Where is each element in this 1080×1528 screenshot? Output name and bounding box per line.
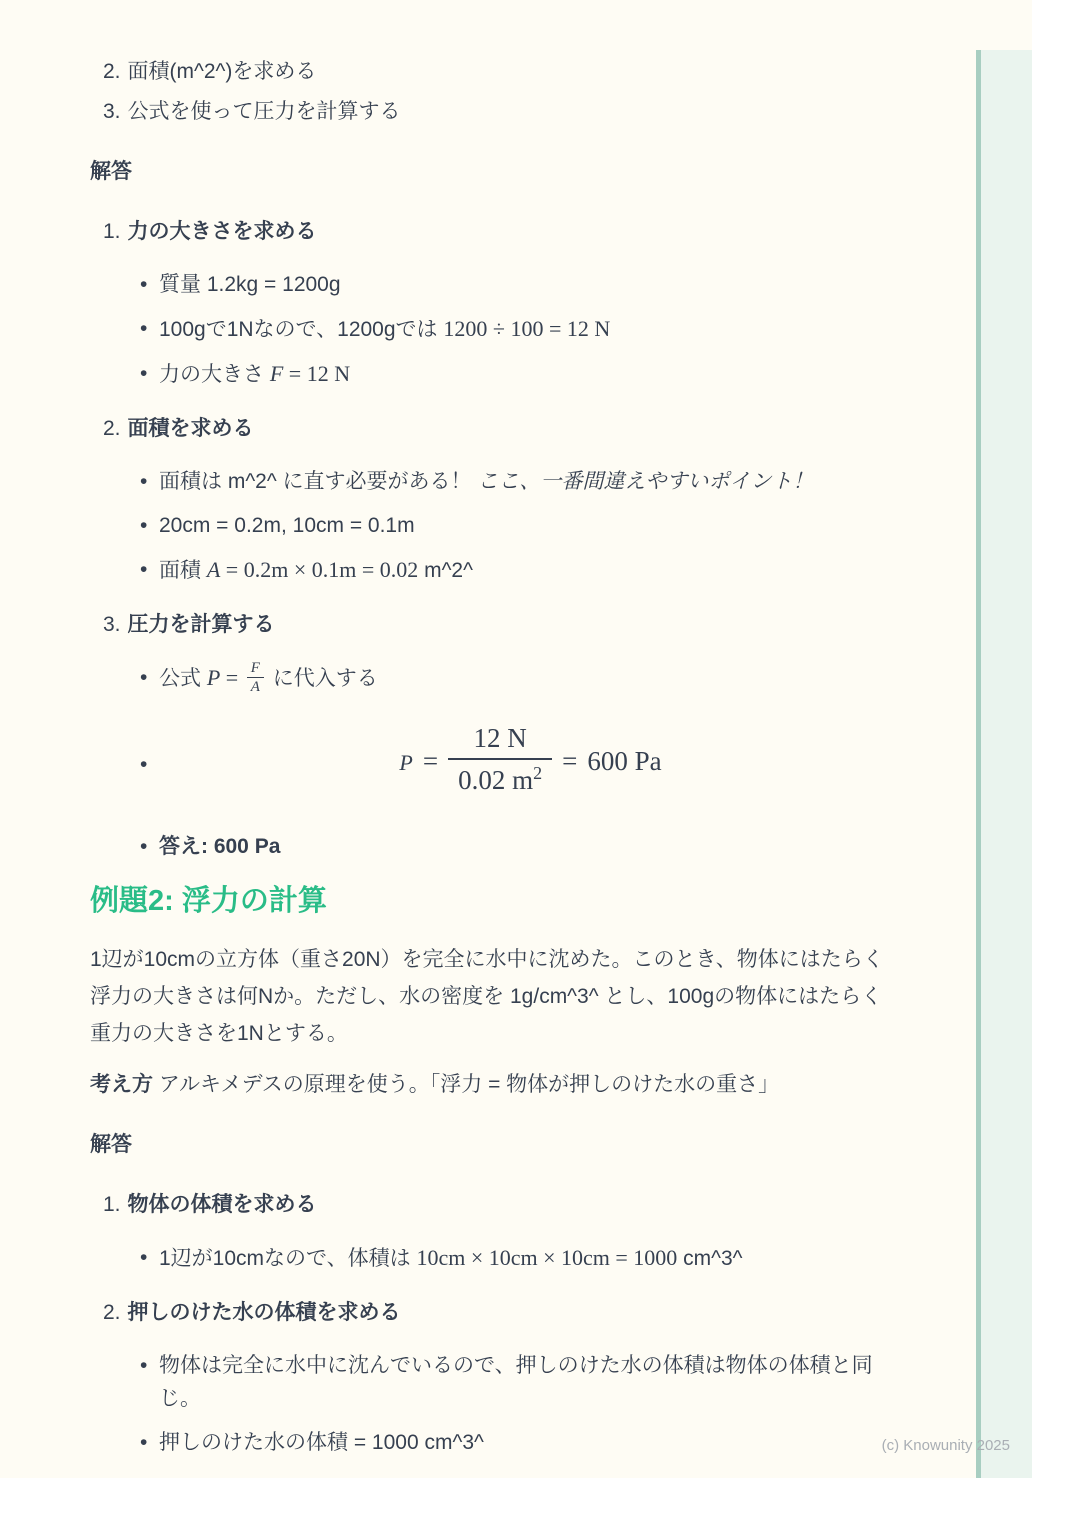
bullet-text: 質量 1.2kg = 1200g [159,273,341,296]
step-item: 3.公式を使って圧力を計算する [103,95,902,128]
document-content: 2.面積(m^2^)を求める 3.公式を使って圧力を計算する 解答 1.力の大き… [90,0,902,1480]
approach-text: アルキメデスの原理を使う。「浮力 = 物体が押しのけた水の重さ」 [153,1073,779,1096]
solution-item: 2.面積を求める 面積は m^2^ に直す必要がある！ ここ、一番間違えやすいポ… [103,412,902,587]
equation-result: 600 Pa [587,746,661,776]
bullet-item: 1辺が10cmなので、体積は 10cm × 10cm × 10cm = 1000… [140,1241,902,1275]
solution-list-1: 1.力の大きさを求める 質量 1.2kg = 1200g 100gで1Nなので、… [103,215,902,863]
approach-label: 考え方 [90,1073,153,1096]
bullet-item: 力の大きさ F = 12 N [140,357,902,391]
inline-math-var: F [270,361,283,386]
problem-paragraph: 1辺が10cmの立方体（重さ20N）を完全に水中に沈めた。このとき、物体にはたら… [90,941,890,1052]
bullet-item: 物体は完全に水中に沈んでいるので、押しのけた水の体積は物体の体積と同じ。 [140,1349,902,1415]
solution-item-title: 物体の体積を求める [128,1193,317,1216]
solution-item-title: 面積を求める [128,417,254,440]
bullet-item-answer: 答え: 600 Pa [140,830,902,863]
bullet-text-emphasis: ここ、一番間違えやすいポイント！ [477,470,813,493]
accent-strip [976,50,1032,1478]
answer-heading: 解答 [90,155,902,188]
step-text: 面積(m^2^)を求める [128,60,317,83]
equation-fraction: 12 N0.02 m2 [448,722,552,798]
bullet-list: 1辺が10cmなので、体積は 10cm × 10cm × 10cm = 1000… [140,1241,902,1275]
solution-item: 2.押しのけた水の体積を求める 物体は完全に水中に沈んでいるので、押しのけた水の… [103,1296,902,1459]
inline-fraction: FA [247,659,264,696]
solution-item-title: 圧力を計算する [128,613,275,636]
inline-math: 10cm × 10cm × 10cm = 1000 [416,1245,677,1270]
bullet-text: 20cm = 0.2m, 10cm = 0.1m [159,514,415,537]
inline-math-var: P [207,665,220,690]
solution-number: 2. [103,1296,121,1329]
solution-item: 1.物体の体積を求める 1辺が10cmなので、体積は 10cm × 10cm ×… [103,1188,902,1275]
solution-item: 3.圧力を計算する 公式 P = FA に代入する P=12 N0.02 m2=… [103,608,902,863]
footer-credit: (c) Knowunity 2025 [0,1437,1010,1454]
bullet-item: 質量 1.2kg = 1200g [140,268,902,301]
step-number: 3. [103,95,121,128]
bullet-text: m^2^ [418,559,473,582]
fraction-denominator: 0.02 m2 [448,760,552,798]
solution-number: 1. [103,215,121,248]
step-number: 2. [103,55,121,88]
denominator-exponent: 2 [533,763,542,783]
approach-line: 考え方 アルキメデスの原理を使う。「浮力 = 物体が押しのけた水の重さ」 [90,1068,902,1101]
bullet-item: 面積は m^2^ に直す必要がある！ ここ、一番間違えやすいポイント！ [140,465,902,498]
denominator-text: 0.02 m [458,765,533,795]
solution-item: 1.力の大きさを求める 質量 1.2kg = 1200g 100gで1Nなので、… [103,215,902,391]
step-text: 公式を使って圧力を計算する [128,100,401,123]
bullet-item-formula: 公式 P = FA に代入する [140,661,902,698]
example2-heading: 例題2: 浮力の計算 [90,884,902,919]
bullet-text: 公式 [159,667,207,690]
solution-list-2: 1.物体の体積を求める 1辺が10cmなので、体積は 10cm × 10cm ×… [103,1188,902,1459]
fraction-numerator: F [247,659,264,678]
bullet-item: 面積 A = 0.2m × 0.1m = 0.02 m^2^ [140,553,902,587]
equals-sign: = [423,746,438,776]
bullet-item: 100gで1Nなので、1200gでは 1200 ÷ 100 = 12 N [140,312,902,346]
bullet-text: 力の大きさ [159,363,270,386]
answer-heading: 解答 [90,1128,902,1161]
inline-math: = 12 N [283,361,350,386]
bullet-item-equation: P=12 N0.02 m2=600 Pa [140,714,902,816]
bullet-list: 公式 P = FA に代入する P=12 N0.02 m2=600 Pa 答え:… [140,661,902,863]
fraction-numerator: 12 N [448,722,552,760]
bullet-text: 1辺が10cmなので、体積は [159,1247,416,1270]
display-equation: P=12 N0.02 m2=600 Pa [159,714,902,816]
inline-math-var: A [207,557,220,582]
bullet-text: 面積は m^2^ に直す必要がある！ [159,470,477,493]
solution-number: 1. [103,1188,121,1221]
bullet-list: 質量 1.2kg = 1200g 100gで1Nなので、1200gでは 1200… [140,268,902,391]
steps-list: 2.面積(m^2^)を求める 3.公式を使って圧力を計算する [103,55,902,128]
solution-item-title: 押しのけた水の体積を求める [128,1301,401,1324]
inline-math: = 0.2m × 0.1m = 0.02 [220,557,418,582]
solution-number: 2. [103,412,121,445]
answer-line: 答え: 600 Pa [159,835,280,858]
bullet-text: 面積 [159,559,207,582]
bullet-text: に代入する [267,667,378,690]
bullet-item: 20cm = 0.2m, 10cm = 0.1m [140,509,902,542]
equals-sign: = [562,746,577,776]
bullet-text: 物体は完全に水中に沈んでいるので、押しのけた水の体積は物体の体積と同じ。 [159,1354,873,1410]
bullet-text: cm^3^ [677,1247,742,1270]
inline-math: = [220,665,243,690]
equation-lhs: P [399,750,412,775]
fraction-denominator: A [247,678,264,696]
step-item: 2.面積(m^2^)を求める [103,55,902,88]
inline-math: 1200 ÷ 100 = 12 N [443,316,610,341]
bullet-list: 面積は m^2^ に直す必要がある！ ここ、一番間違えやすいポイント！ 20cm… [140,465,902,587]
solution-number: 3. [103,608,121,641]
bullet-text: 100gで1Nなので、1200gでは [159,318,443,341]
solution-item-title: 力の大きさを求める [128,220,317,243]
